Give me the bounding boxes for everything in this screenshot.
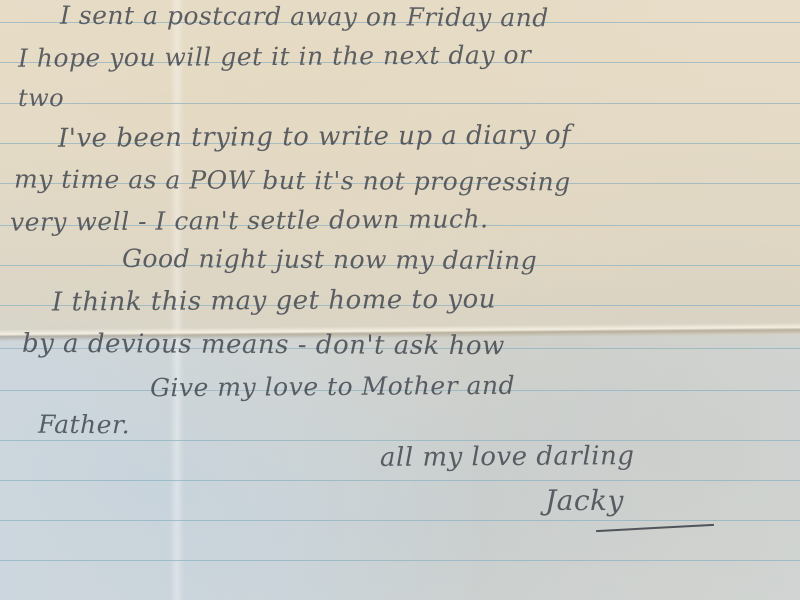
closing-line: all my love darling (380, 441, 635, 473)
ruled-line (0, 480, 800, 481)
letter-line-7: Good night just now my darling (122, 244, 537, 275)
letter-line-9: by a devious means - don't ask how (22, 329, 505, 362)
signature: Jacky (545, 484, 624, 517)
letter-line-4: I've been trying to write up a diary of (58, 120, 571, 154)
ruled-line (0, 520, 800, 521)
letter-line-10: Give my love to Mother and (150, 371, 515, 403)
letter-line-5: my time as a POW but it's not progressin… (14, 165, 571, 197)
letter-line-1: I sent a postcard away on Friday and (60, 1, 549, 33)
ruled-line (0, 440, 800, 441)
letter-line-11: Father. (38, 410, 130, 439)
letter-line-8: I think this may get home to you (52, 284, 496, 317)
ruled-line (0, 103, 800, 104)
letter-line-3: two (18, 84, 64, 112)
letter-paper: I sent a postcard away on Friday and I h… (0, 0, 800, 600)
ruled-line (0, 560, 800, 561)
letter-line-6: very well - I can't settle down much. (10, 204, 489, 236)
letter-line-2: I hope you will get it in the next day o… (18, 40, 532, 73)
